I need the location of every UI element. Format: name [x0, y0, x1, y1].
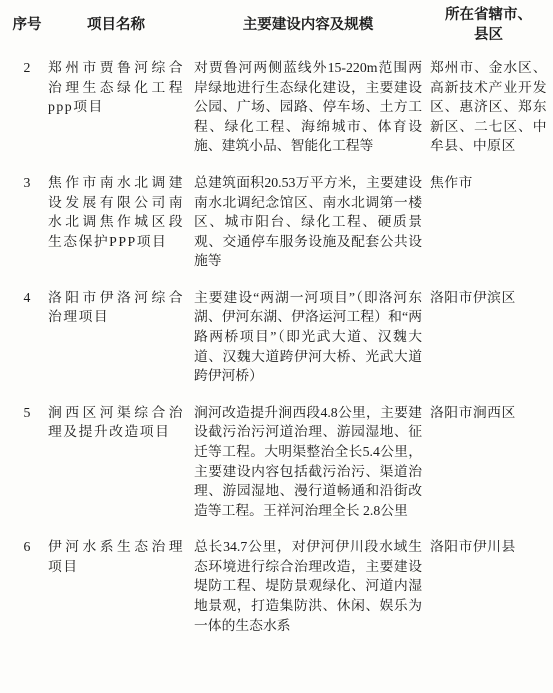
document-page: 序号 项目名称 主要建设内容及规模 所在省辖市、 县区 2 郑州市贾鲁河综合治理…: [0, 0, 553, 693]
row-project-name: 伊河水系生态治理项目: [48, 537, 184, 576]
header-construction-content: 主要建设内容及规模: [194, 16, 422, 36]
table-row: 4 洛阳市伊洛河综合治理项目 主要建设“两湖一河项目”（即洛河东湖、伊河东湖、伊…: [6, 288, 547, 386]
row-project-name: 涧西区河渠综合治理及提升改造项目: [48, 403, 184, 442]
table-body: 2 郑州市贾鲁河综合治理生态绿化工程ppp项目 对贾鲁河两侧蓝线外15-220m…: [6, 58, 547, 635]
row-construction-content: 对贾鲁河两侧蓝线外15-220m范围两岸绿地进行生态绿化建设，主要建设公园、广场…: [194, 58, 422, 156]
row-construction-content: 总长34.7公里，对伊河伊川段水域生态环境进行综合治理改造，主要建设堤防工程、堤…: [194, 537, 422, 635]
header-location: 所在省辖市、 县区: [430, 6, 547, 45]
table-header-row: 序号 项目名称 主要建设内容及规模 所在省辖市、 县区: [6, 6, 547, 45]
row-seq-number: 6: [6, 537, 48, 557]
row-location: 焦作市: [430, 173, 547, 193]
row-location: 郑州市、金水区、高新技术产业开发区、惠济区、郑东新区、二七区、中牟县、中原区: [430, 58, 547, 156]
row-seq-number: 3: [6, 173, 48, 193]
table-row: 3 焦作市南水北调建设发展有限公司南水北调焦作城区段生态保护PPP项目 总建筑面…: [6, 173, 547, 271]
projects-table: 序号 项目名称 主要建设内容及规模 所在省辖市、 县区 2 郑州市贾鲁河综合治理…: [6, 6, 547, 635]
table-row: 5 涧西区河渠综合治理及提升改造项目 涧河改造提升涧西段4.8公里，主要建设截污…: [6, 403, 547, 520]
header-seq: 序号: [6, 16, 48, 36]
table-row: 6 伊河水系生态治理项目 总长34.7公里，对伊河伊川段水域生态环境进行综合治理…: [6, 537, 547, 635]
row-construction-content: 主要建设“两湖一河项目”（即洛河东湖、伊河东湖、伊洛运河工程）和“两路两桥项目”…: [194, 288, 422, 386]
row-construction-content: 总建筑面积20.53万平方米，主要建设南水北调纪念馆区、南水北调第一楼区、城市阳…: [194, 173, 422, 271]
row-seq-number: 2: [6, 58, 48, 78]
row-construction-content: 涧河改造提升涧西段4.8公里，主要建设截污治污河道治理、游园湿地、征迁等工程。大…: [194, 403, 422, 520]
row-project-name: 洛阳市伊洛河综合治理项目: [48, 288, 184, 327]
row-seq-number: 4: [6, 288, 48, 308]
row-seq-number: 5: [6, 403, 48, 423]
row-location: 洛阳市涧西区: [430, 403, 547, 423]
row-location: 洛阳市伊滨区: [430, 288, 547, 308]
row-project-name: 郑州市贾鲁河综合治理生态绿化工程ppp项目: [48, 58, 184, 117]
header-project-name: 项目名称: [48, 16, 184, 36]
row-project-name: 焦作市南水北调建设发展有限公司南水北调焦作城区段生态保护PPP项目: [48, 173, 184, 251]
table-row: 2 郑州市贾鲁河综合治理生态绿化工程ppp项目 对贾鲁河两侧蓝线外15-220m…: [6, 58, 547, 156]
row-location: 洛阳市伊川县: [430, 537, 547, 557]
